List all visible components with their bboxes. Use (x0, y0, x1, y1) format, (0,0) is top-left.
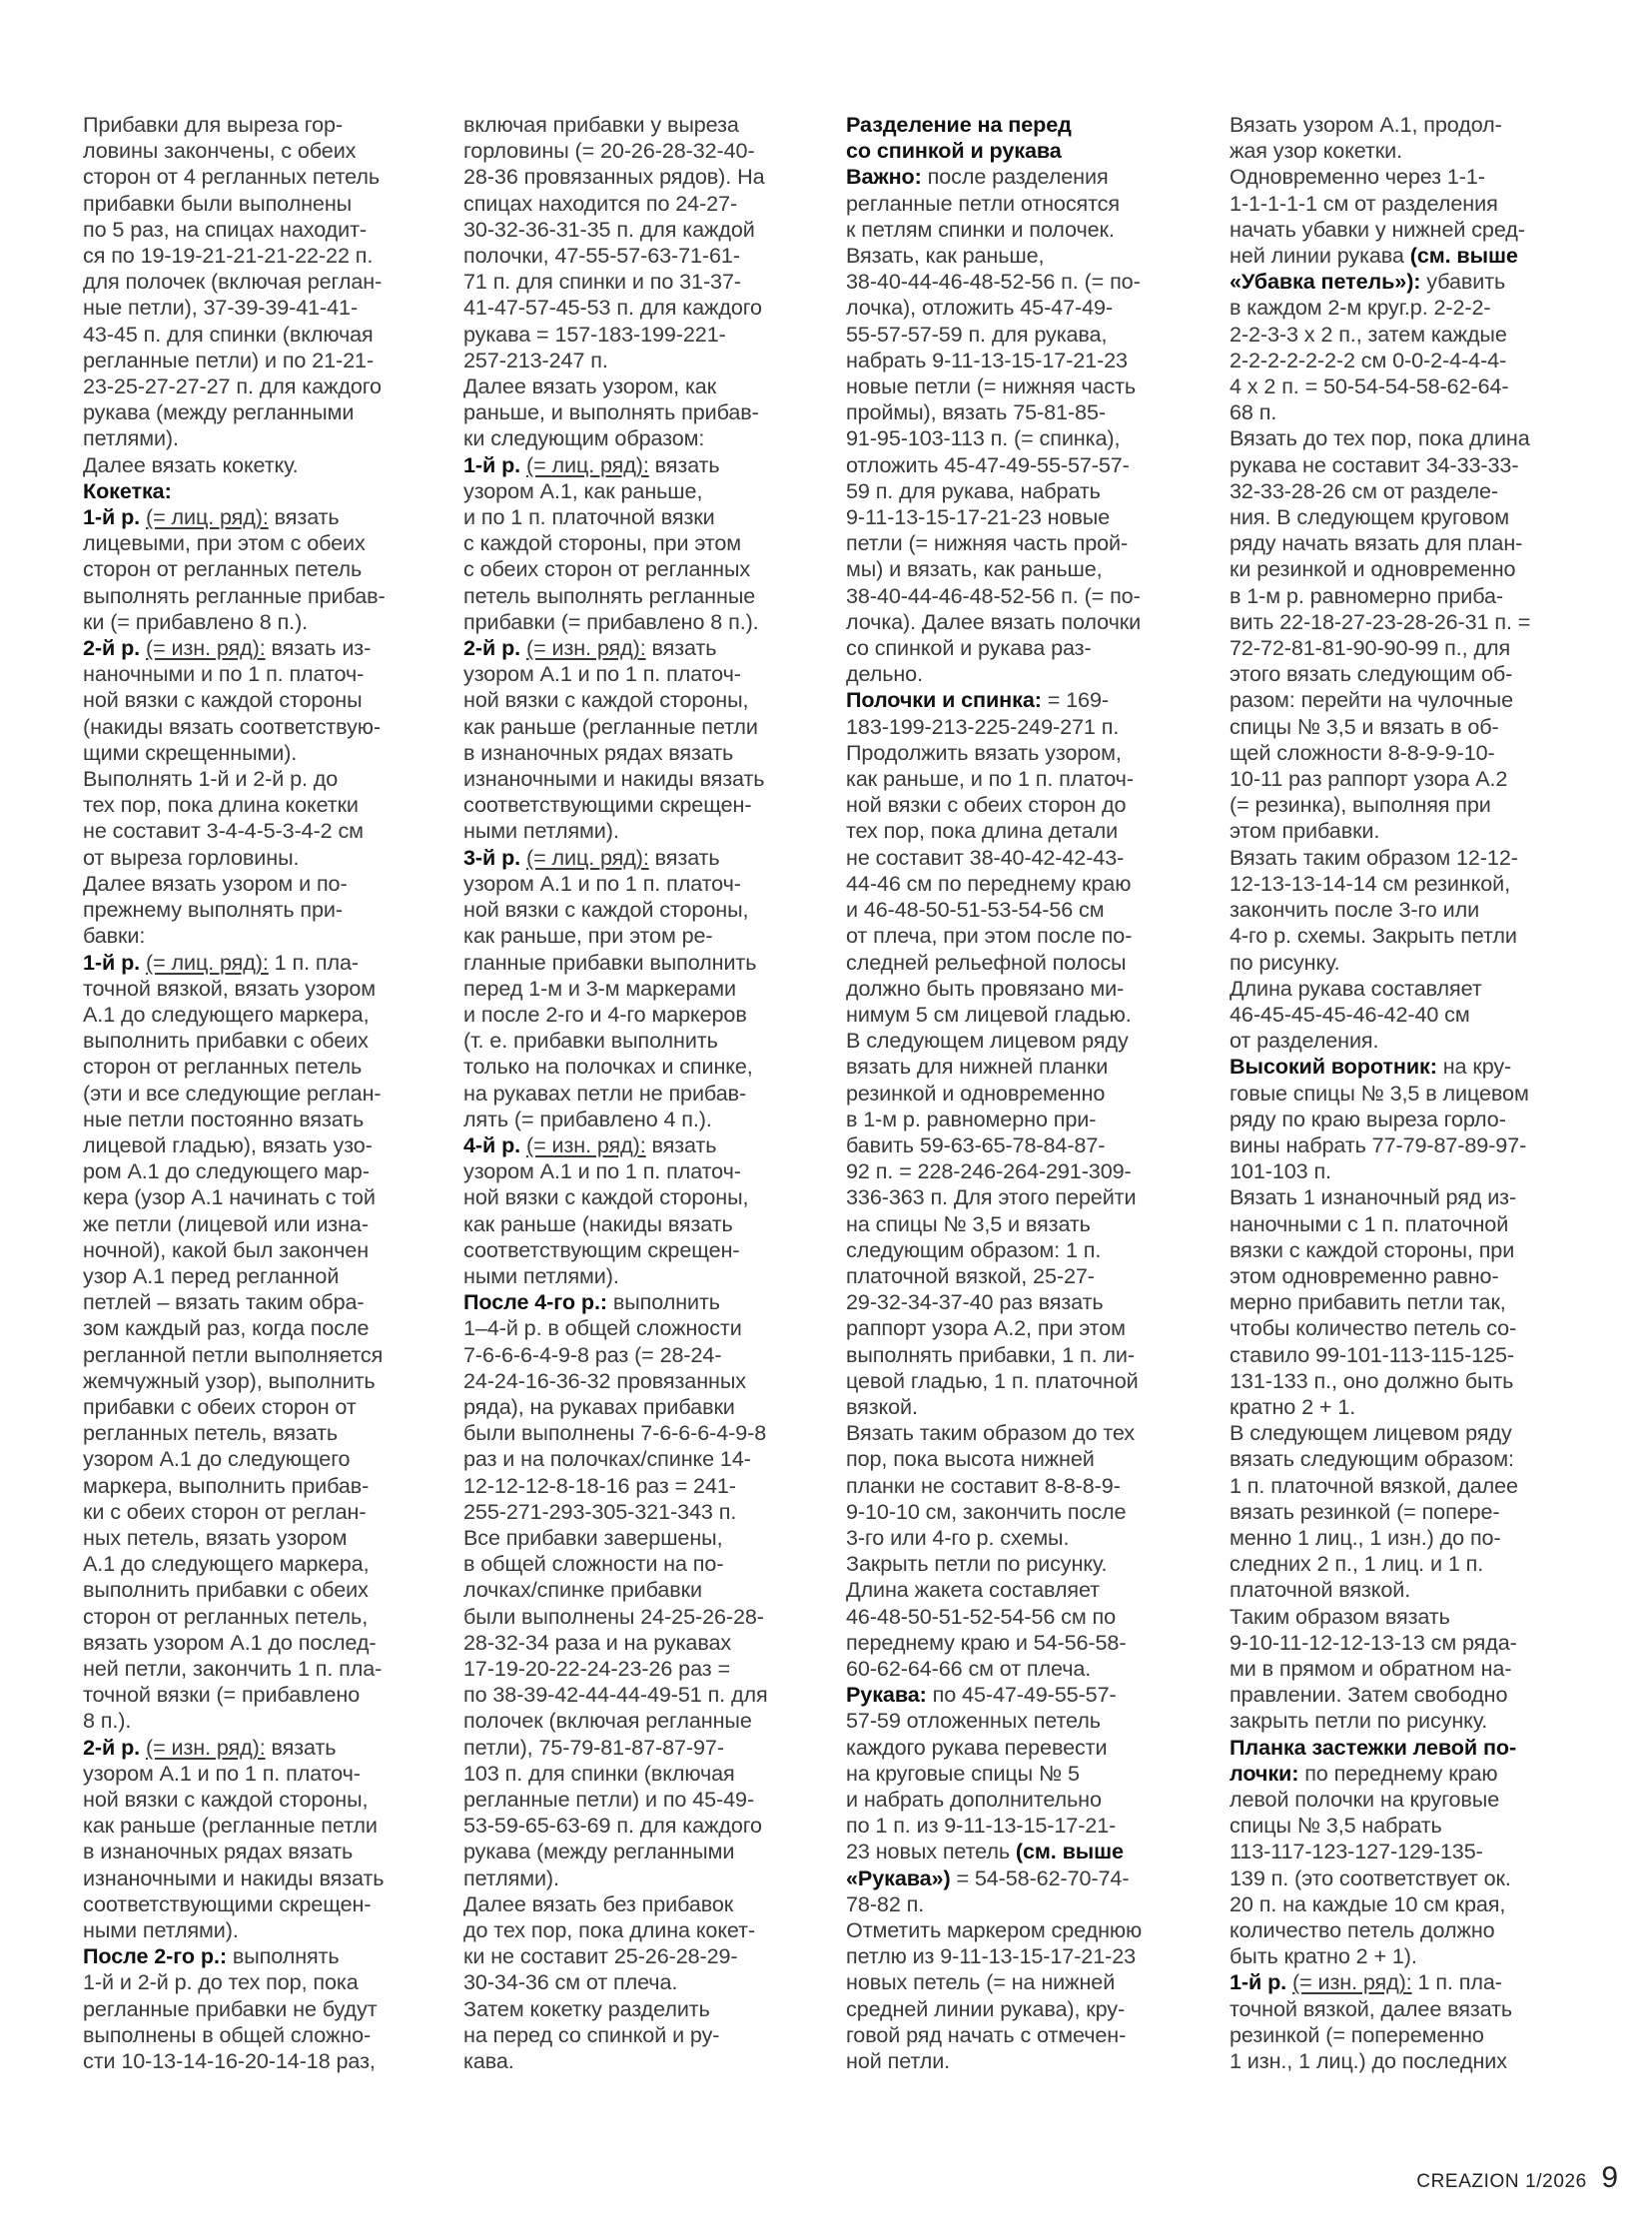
body-text: вязать узором А.1 и по 1 п. платоч- ной … (463, 635, 764, 843)
bold-label: 2-й р. (83, 635, 140, 660)
row-type-note: (= лиц. ряд): (146, 504, 269, 529)
row-type-note: (= изн. ряд): (526, 635, 646, 660)
instruction-paragraph: 1-й р. (= лиц. ряд): 1 п. пла- точной вя… (83, 950, 432, 1735)
text-column-4: Вязать узором А.1, продол- жая узор коке… (1230, 112, 1589, 2074)
instruction-paragraph: Выполнять 1-й и 2-й р. до тех пор, пока … (83, 766, 432, 871)
instruction-paragraph: Далее вязать кокетку. (83, 452, 432, 478)
bold-label: 2-й р. (83, 1735, 140, 1760)
body-text: включая прибавки у выреза горловины (= 2… (463, 112, 764, 372)
bold-label: Рукава: (846, 1682, 927, 1707)
instruction-paragraph: Все прибавки завершены, в общей сложност… (463, 1525, 818, 1891)
text-column-1: Прибавки для выреза гор- ловины закончен… (83, 112, 432, 2074)
instruction-paragraph: Вязать до тех пор, пока длина рукава не … (1230, 425, 1589, 844)
instruction-paragraph: 4-й р. (= изн. ряд): вязать узором А.1 и… (463, 1132, 818, 1289)
row-type-note: (= изн. ряд): (1292, 1969, 1412, 1994)
instruction-paragraph: Прибавки для выреза гор- ловины закончен… (83, 112, 432, 452)
instruction-paragraph: Отметить маркером среднюю петлю из 9-11-… (846, 1917, 1201, 2074)
body-text: Продолжить вязать узором, как раньше, и … (846, 740, 1134, 1027)
instruction-paragraph: Вязать узором А.1, продол- жая узор коке… (1230, 112, 1589, 164)
bold-label: 1-й р. (1230, 1969, 1286, 1994)
body-text: Вязать, как раньше, 38-40-44-46-48-52-56… (846, 243, 1141, 686)
body-text: Затем кокетку разделить на перед со спин… (463, 1996, 719, 2073)
body-text: Отметить маркером среднюю петлю из 9-11-… (846, 1917, 1142, 2073)
bold-label: 3-й р. (463, 845, 520, 870)
instruction-paragraph: Длина жакета составляет 46-48-50-51-52-5… (846, 1577, 1201, 1682)
instruction-paragraph: Далее вязать без прибавок до тех пор, по… (463, 1891, 818, 1996)
instruction-paragraph: Вязать таким образом 12-12- 12-13-13-14-… (1230, 845, 1589, 976)
instruction-paragraph: 2-й р. (= изн. ряд): вязать узором А.1 и… (463, 635, 818, 845)
body-text: Таким образом вязать 9-10-11-12-12-13-13… (1230, 1604, 1517, 1734)
row-type-note: (= изн. ряд): (146, 635, 266, 660)
row-type-note: (= изн. ряд): (526, 1132, 646, 1157)
body-text: Далее вязать узором и по- прежнему выпол… (83, 871, 348, 948)
body-text: Вязать 1 изнаночный ряд из- наночными с … (1230, 1184, 1516, 1419)
row-type-note: (= изн. ряд): (146, 1735, 266, 1760)
instruction-paragraph: Таким образом вязать 9-10-11-12-12-13-13… (1230, 1604, 1589, 1735)
bold-label: Важно: (846, 164, 922, 189)
instruction-paragraph: Затем кокетку разделить на перед со спин… (463, 1996, 818, 2075)
row-type-note: (= лиц. ряд): (526, 452, 649, 477)
bold-label: 1-й р. (83, 950, 140, 975)
body-text: выполнить 1–4-й р. в общей сложности 7-6… (463, 1289, 766, 1524)
bold-label: После 4-го р.: (463, 1289, 607, 1314)
instruction-paragraph: 1-й р. (= изн. ряд): 1 п. пла- точной вя… (1230, 1969, 1589, 2074)
instruction-paragraph: включая прибавки у выреза горловины (= 2… (463, 112, 818, 373)
body-text: В следующем лицевом ряду вязать для нижн… (846, 1028, 1139, 1419)
bold-label: После 2-го р.: (83, 1943, 227, 1968)
body-text: 1 п. пла- точной вязкой, вязать узором А… (83, 950, 383, 1734)
body-text: Длина жакета составляет 46-48-50-51-52-5… (846, 1577, 1126, 1681)
instruction-paragraph: Длина рукава составляет 46-45-45-45-46-4… (1230, 976, 1589, 1055)
body-text: Вязать таким образом 12-12- 12-13-13-14-… (1230, 845, 1518, 975)
body-text: Выполнять 1-й и 2-й р. до тех пор, пока … (83, 766, 364, 870)
instruction-paragraph: В следующем лицевом ряду вязать для нижн… (846, 1028, 1201, 1420)
instruction-paragraph: 1-й р. (= лиц. ряд): вязать узором А.1, … (463, 452, 818, 635)
body-text: по 45-47-49-55-57- 57-59 отложенных пете… (846, 1682, 1117, 1863)
instruction-paragraph: Кокетка: (83, 478, 432, 504)
magazine-page: Прибавки для выреза гор- ловины закончен… (0, 0, 1652, 2231)
row-type-note: (= лиц. ряд): (526, 845, 649, 870)
body-text: Вязать до тех пор, пока длина рукава не … (1230, 425, 1530, 843)
instruction-paragraph: После 4-го р.: выполнить 1–4-й р. в обще… (463, 1289, 818, 1525)
body-text: Далее вязать без прибавок до тех пор, по… (463, 1891, 755, 1995)
instruction-paragraph: Вязать, как раньше, 38-40-44-46-48-52-56… (846, 243, 1201, 687)
body-text: Длина рукава составляет 46-45-45-45-46-4… (1230, 976, 1482, 1053)
body-text: Все прибавки завершены, в общей сложност… (463, 1525, 768, 1890)
row-type-note: (= лиц. ряд): (146, 950, 269, 975)
body-text: по переднему краю левой полочки на круго… (1230, 1761, 1511, 1968)
instruction-paragraph: 1-й р. (= лиц. ряд): вязать лицевыми, пр… (83, 504, 432, 635)
page-number: 9 (1601, 2161, 1618, 2194)
body-text: Вязать таким образом до тех пор, пока вы… (846, 1420, 1135, 1550)
instruction-paragraph: После 2-го р.: выполнять 1-й и 2-й р. до… (83, 1943, 432, 2074)
instruction-paragraph: Рукава: по 45-47-49-55-57- 57-59 отложен… (846, 1682, 1201, 1917)
bold-label: 2-й р. (463, 635, 520, 660)
instruction-paragraph: Закрыть петли по рисунку. (846, 1551, 1201, 1577)
body-text: вязать узором А.1 и по 1 п. платоч- ной … (83, 1735, 384, 1942)
text-column-3: Разделение на перед со спинкой и рукаваВ… (846, 112, 1201, 2074)
instruction-paragraph: Далее вязать узором и по- прежнему выпол… (83, 871, 432, 950)
body-text: Прибавки для выреза гор- ловины закончен… (83, 112, 382, 450)
section-heading: Разделение на перед со спинкой и рукава (846, 112, 1072, 163)
body-text: Далее вязать кокетку. (83, 452, 299, 477)
instruction-paragraph: 2-й р. (= изн. ряд): вязать узором А.1 и… (83, 1735, 432, 1944)
body-text: вязать узором А.1 и по 1 п. платоч- ной … (463, 845, 756, 1131)
body-text: Вязать узором А.1, продол- жая узор коке… (1230, 112, 1502, 163)
instruction-paragraph: Планка застежки левой по- лочки: по пере… (1230, 1735, 1589, 1970)
bold-label: Кокетка: (83, 478, 172, 503)
body-text: В следующем лицевом ряду вязать следующи… (1230, 1420, 1518, 1602)
body-text: Далее вязать узором, как раньше, и выпол… (463, 373, 759, 450)
text-column-2: включая прибавки у выреза горловины (= 2… (463, 112, 818, 2074)
instruction-paragraph: 3-й р. (= лиц. ряд): вязать узором А.1 и… (463, 845, 818, 1132)
page-footer: CREAZION 1/2026 9 (1298, 2161, 1618, 2195)
instruction-paragraph: Важно: после разделения регланные петли … (846, 164, 1201, 243)
body-text: вязать узором А.1, как раньше, и по 1 п.… (463, 452, 759, 634)
instruction-paragraph: Продолжить вязать узором, как раньше, и … (846, 740, 1201, 1028)
instruction-paragraph: Вязать 1 изнаночный ряд из- наночными с … (1230, 1184, 1589, 1420)
bold-label: 1-й р. (83, 504, 140, 529)
bold-label: 4-й р. (463, 1132, 520, 1157)
bold-label: 1-й р. (463, 452, 520, 477)
instruction-paragraph: Одновременно через 1-1- 1-1-1-1-1 см от … (1230, 164, 1589, 425)
instruction-paragraph: Полочки и спинка: = 169- 183-199-213-225… (846, 687, 1201, 739)
instruction-paragraph: Разделение на перед со спинкой и рукава (846, 112, 1201, 164)
instruction-paragraph: В следующем лицевом ряду вязать следующи… (1230, 1420, 1589, 1603)
instruction-paragraph: Высокий воротник: на кру- говые спицы № … (1230, 1054, 1589, 1184)
instruction-paragraph: 2-й р. (= изн. ряд): вязать из- наночным… (83, 635, 432, 766)
bold-label: Полочки и спинка: (846, 687, 1042, 712)
instruction-paragraph: Вязать таким образом до тех пор, пока вы… (846, 1420, 1201, 1551)
bold-label: Высокий воротник: (1230, 1054, 1437, 1079)
instruction-paragraph: Далее вязать узором, как раньше, и выпол… (463, 373, 818, 452)
body-text: Закрыть петли по рисунку. (846, 1551, 1107, 1576)
magazine-issue: CREAZION 1/2026 (1416, 2171, 1587, 2192)
